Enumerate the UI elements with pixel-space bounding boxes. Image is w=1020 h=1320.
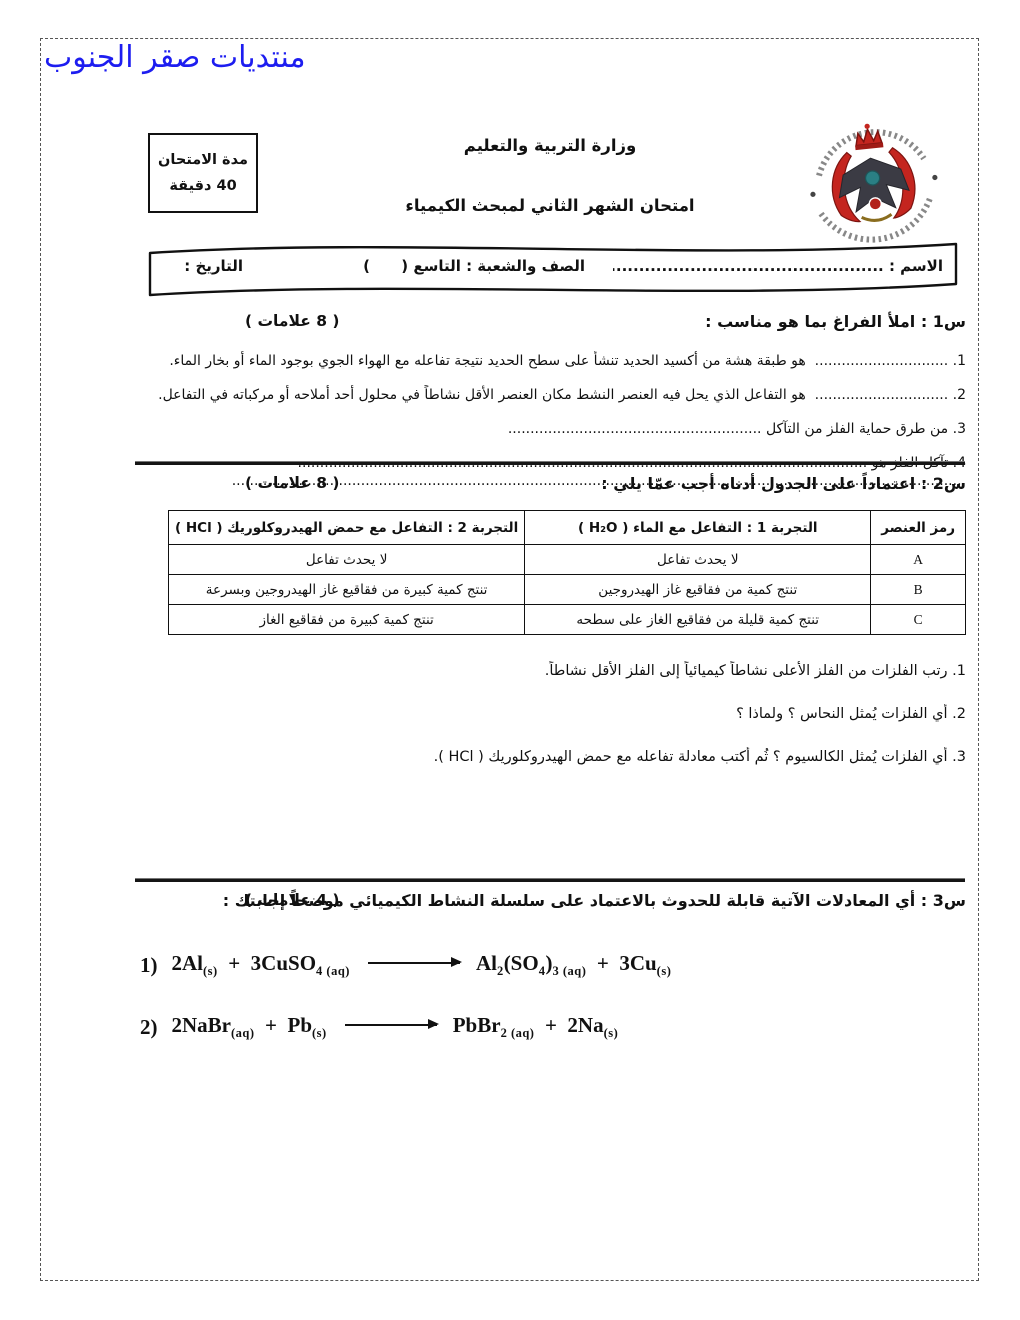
equation-number: 2) (140, 1015, 158, 1040)
element-c-symbol: C (871, 605, 966, 635)
table-row: C تنتج كمية قليلة من فقاقيع الغاز على سط… (169, 605, 966, 635)
chemical-equation-1: 1)2Al(s) + 3CuSO4 (aq)Al2(SO4)3 (aq) + 3… (140, 951, 966, 979)
crown-icon (855, 128, 882, 146)
element-b-acid-result: تنتج كمية كبيرة من فقاقيع غاز الهيدروجين… (169, 575, 525, 605)
logo-right-star (932, 175, 938, 181)
wreath-base (862, 214, 892, 222)
equation-body: 2Al(s) + 3CuSO4 (aq)Al2(SO4)3 (aq) + 3Cu… (172, 951, 672, 979)
question-2-section: س2 : اعتماداً على الجدول أدناه أجب عمّا … (140, 474, 966, 790)
table-row: B تنتج كمية من فقاقيع غاز الهيدروجين تنت… (169, 575, 966, 605)
equation-body: 2NaBr(aq) + Pb(s)PbBr2 (aq) + 2Na(s) (172, 1013, 619, 1041)
question-1-marks: ( 8 علامات ) (245, 312, 340, 330)
question-2-marks: ( 8 علامات ) (245, 474, 340, 492)
shield-icon (869, 197, 882, 210)
element-a-water-result: لا يحدث تفاعل (525, 545, 871, 575)
duration-label: مدة الامتحان (158, 152, 248, 168)
question-2-header: س2 : اعتماداً على الجدول أدناه أجب عمّا … (140, 474, 966, 500)
chemical-equation-2: 2)2NaBr(aq) + Pb(s)PbBr2 (aq) + 2Na(s) (140, 1013, 966, 1041)
duration-value: 40 دقيقة (169, 178, 236, 194)
question-3-header: س3 : أي المعادلات الآتية قابلة للحدوث با… (140, 891, 966, 917)
q2-subquestion-3: 3. أي الفلزات يُمثل الكالسيوم ؟ ثُم أكتب… (140, 747, 966, 768)
question-1-title: س1 : املأ الفراغ بما هو مناسب : (705, 312, 966, 331)
exam-duration-box: مدة الامتحان 40 دقيقة (148, 133, 258, 213)
table-header-row: رمز العنصر التجربة 1 : التفاعل مع الماء … (169, 511, 966, 545)
element-b-symbol: B (871, 575, 966, 605)
header-experiment-2: التجربة 2 : التفاعل مع حمض الهيدروكلوريك… (169, 511, 525, 545)
date-field[interactable]: التاريخ : (184, 257, 243, 275)
element-a-symbol: A (871, 545, 966, 575)
reaction-arrow-icon (368, 962, 460, 964)
question-3-marks: ( 4 علامات ) (245, 891, 340, 909)
name-field[interactable]: الاسم : ................................… (613, 257, 943, 275)
question-3-section: س3 : أي المعادلات الآتية قابلة للحدوث با… (140, 891, 966, 1041)
table-row: A لا يحدث تفاعل لا يحدث تفاعل (169, 545, 966, 575)
exam-title: امتحان الشهر الثاني لمبحث الكيمياء (300, 196, 800, 215)
q2-subquestions: 1. رتب الفلزات من الفلز الأعلى نشاطاً كي… (140, 661, 966, 768)
logo-left-star (810, 191, 816, 197)
question-1-header: س1 : املأ الفراغ بما هو مناسب : ( 8 علام… (140, 312, 966, 338)
student-info-fields: الاسم : ................................… (161, 257, 943, 275)
element-c-water-result: تنتج كمية قليلة من فقاقيع الغاز على سطحه (525, 605, 871, 635)
header-experiment-1: التجربة 1 : التفاعل مع الماء ( H₂O ) (525, 511, 871, 545)
section-divider-1 (135, 461, 965, 465)
q1-blank-item-2[interactable]: 2. .............................. هو الت… (140, 385, 966, 406)
equation-number: 1) (140, 953, 158, 978)
element-c-acid-result: تنتج كمية كبيرة من فقاقيع الغاز (169, 605, 525, 635)
student-info-banner: الاسم : ................................… (147, 237, 959, 301)
section-divider-2 (135, 878, 965, 882)
q2-subquestion-2: 2. أي الفلزات يُمثل النحاس ؟ ولماذا ؟ (140, 704, 966, 725)
ministry-title: وزارة التربية والتعليم (300, 136, 800, 155)
header-element-symbol: رمز العنصر (871, 511, 966, 545)
q2-subquestion-1: 1. رتب الفلزات من الفلز الأعلى نشاطاً كي… (140, 661, 966, 682)
element-a-acid-result: لا يحدث تفاعل (169, 545, 525, 575)
experiment-observations-table: رمز العنصر التجربة 1 : التفاعل مع الماء … (168, 510, 966, 635)
crown-orb (864, 123, 870, 129)
question-2-title: س2 : اعتماداً على الجدول أدناه أجب عمّا … (601, 474, 966, 493)
exam-page: منتديات صقر الجنوب مدة الامتحان 40 دقيقة… (0, 0, 1020, 1320)
q1-blank-item-1[interactable]: 1. .............................. هو طبق… (140, 351, 966, 372)
class-section-field[interactable]: الصف والشعبة : التاسع ( ) (363, 257, 585, 275)
element-b-water-result: تنتج كمية من فقاقيع غاز الهيدروجين (525, 575, 871, 605)
forum-watermark: منتديات صقر الجنوب (44, 40, 306, 75)
q1-blank-item-3[interactable]: 3. من طرق حماية الفلز من التآكل ........… (140, 419, 966, 440)
reaction-arrow-icon (345, 1024, 437, 1026)
